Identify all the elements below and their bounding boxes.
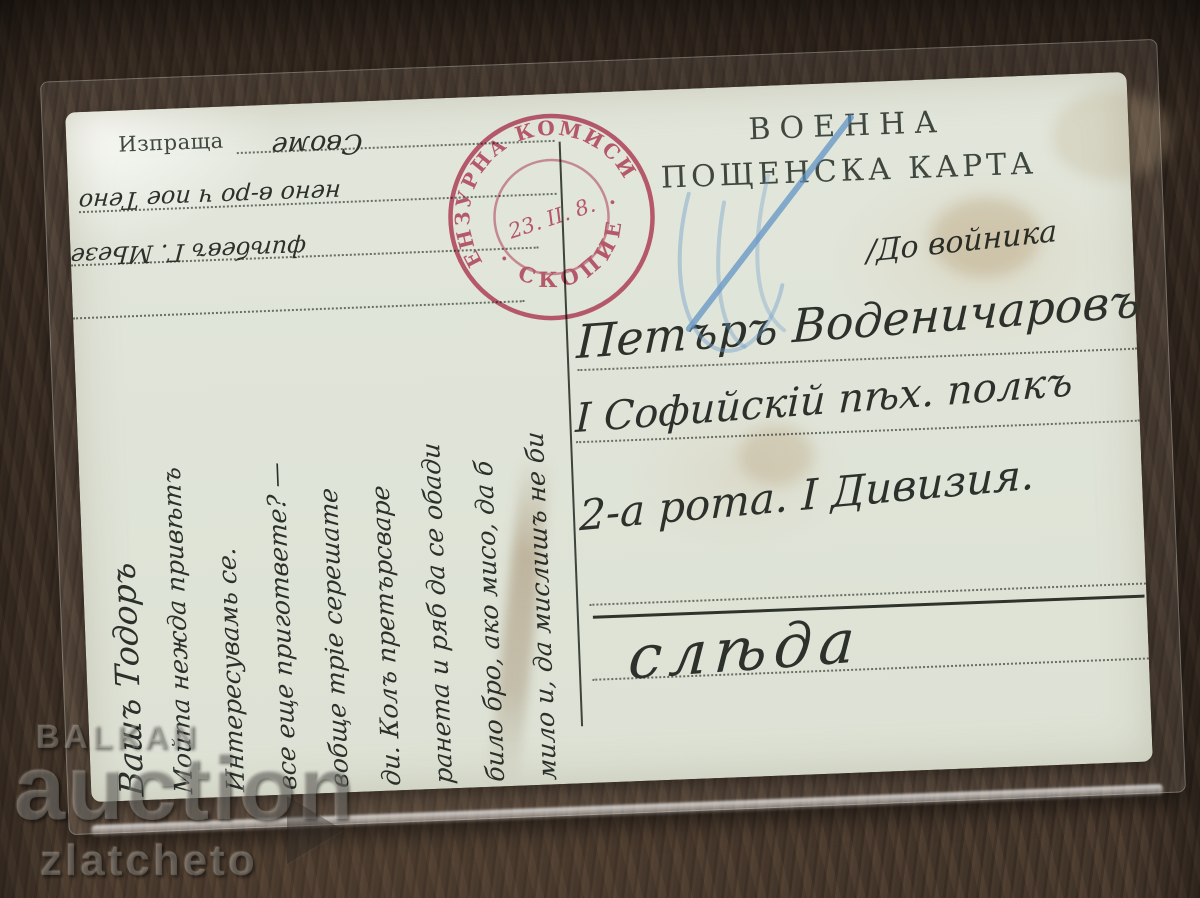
- address-note: слѣда: [626, 606, 864, 694]
- address-company: 2-а рота. І Дивизия.: [579, 450, 1035, 541]
- address-salutation: /До войника: [866, 214, 1057, 270]
- play-triangle-icon: [287, 796, 343, 864]
- handwriting-inverted-fragment: Своме: [271, 127, 364, 162]
- address-rule-line: [593, 595, 1145, 619]
- postcard: Изпраща Своме нено в-ро ч пое Тено фиѣбе…: [65, 72, 1153, 802]
- photo-scene: Изпраща Своме нено в-ро ч пое Тено фиѣбе…: [0, 0, 1200, 898]
- watermark-zlatcheto: zlatcheto: [40, 836, 258, 886]
- dotted-line: [589, 582, 1146, 605]
- sender-label: Изпраща: [118, 129, 224, 157]
- stamp-center-date: 23. II. 8.: [504, 193, 598, 244]
